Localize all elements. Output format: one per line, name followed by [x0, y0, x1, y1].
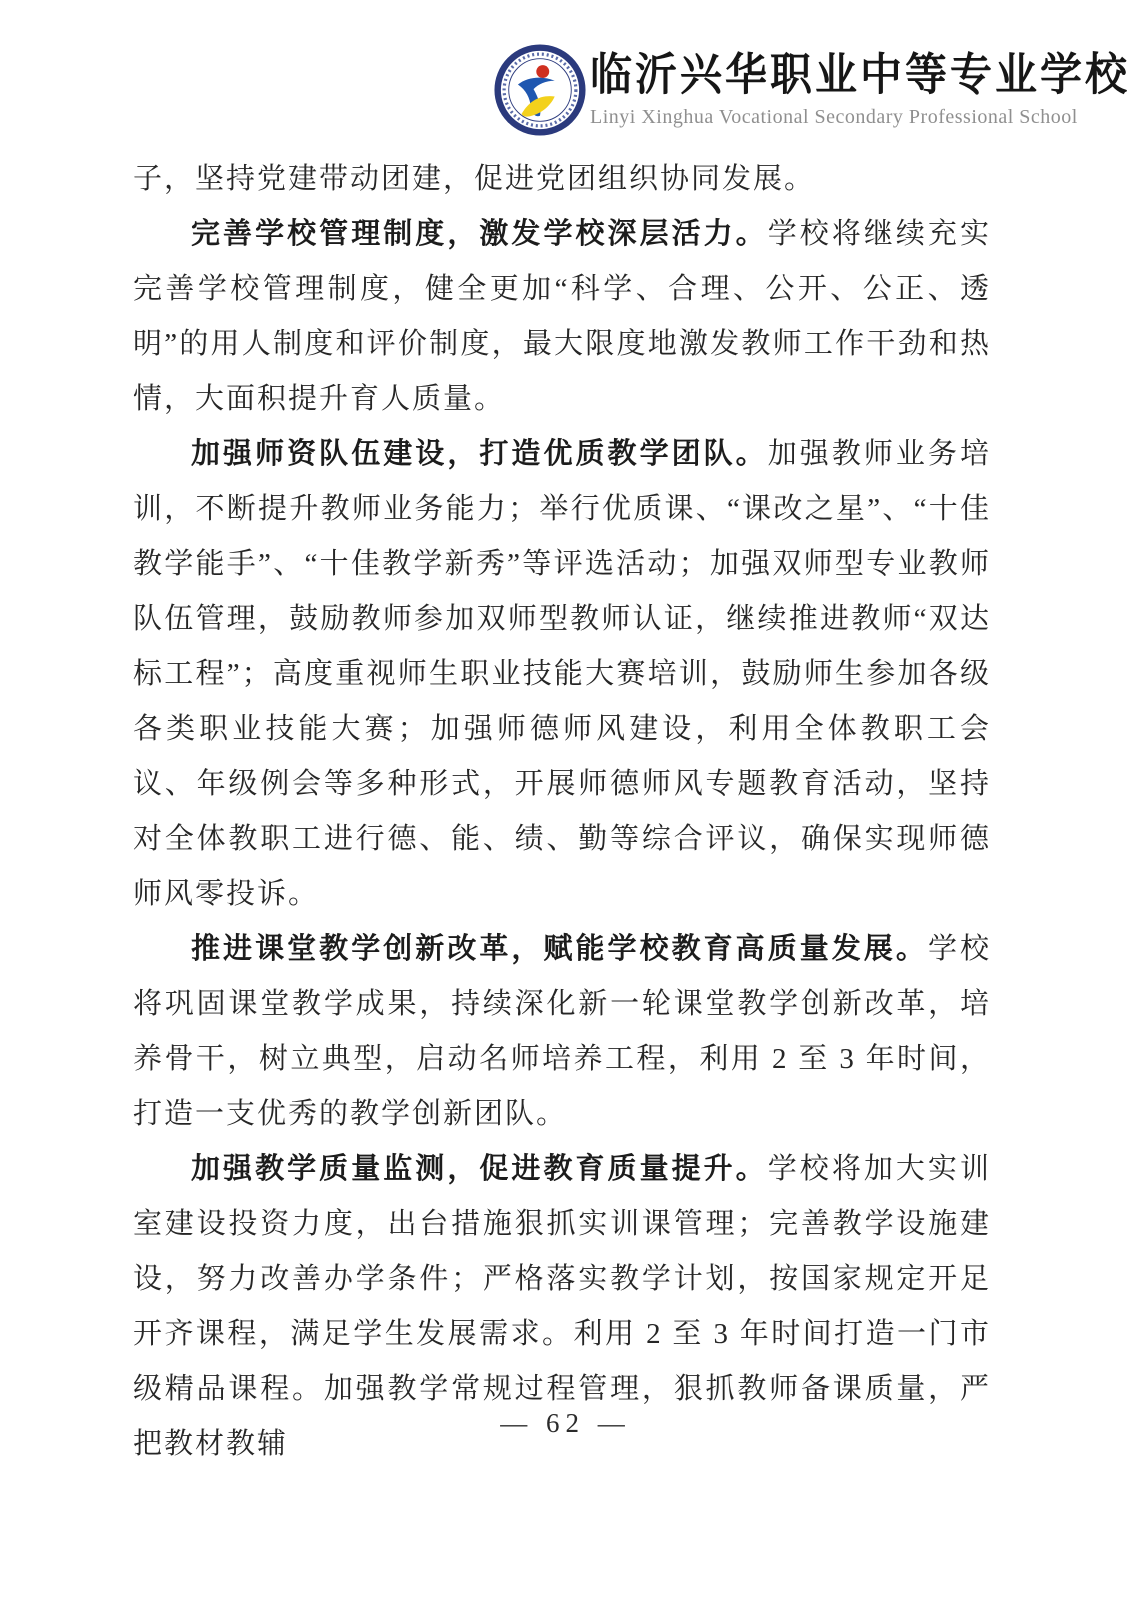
- paragraph-text: 子，坚持党建带动团建，促进党团组织协同发展。: [133, 163, 815, 195]
- paragraph-lead: 加强教学质量监测，促进教育质量提升。: [191, 1153, 768, 1185]
- document-body: 子，坚持党建带动团建，促进党团组织协同发展。 完善学校管理制度，激发学校深层活力…: [133, 152, 991, 1472]
- paragraph-school-management: 完善学校管理制度，激发学校深层活力。学校将继续充实完善学校管理制度，健全更加“科…: [133, 207, 991, 427]
- paragraph-classroom-reform: 推进课堂教学创新改革，赋能学校教育高质量发展。学校将巩固课堂教学成果，持续深化新…: [133, 922, 991, 1142]
- page-number: — 62 —: [0, 1408, 1131, 1439]
- paragraph-lead: 推进课堂教学创新改革，赋能学校教育高质量发展。: [191, 933, 928, 965]
- document-page: 临沂兴华职业中等专业学校 Linyi Xinghua Vocational Se…: [0, 0, 1131, 1600]
- letterhead-titles: 临沂兴华职业中等专业学校 Linyi Xinghua Vocational Se…: [590, 44, 1050, 129]
- paragraph-lead: 完善学校管理制度，激发学校深层活力。: [191, 218, 768, 250]
- paragraph-lead: 加强师资队伍建设，打造优质教学团队。: [191, 438, 768, 470]
- school-name-chinese: 临沂兴华职业中等专业学校: [590, 47, 1050, 106]
- paragraph-continuation: 子，坚持党建带动团建，促进党团组织协同发展。: [133, 152, 991, 207]
- school-emblem-icon: [494, 44, 586, 136]
- school-name-english: Linyi Xinghua Vocational Secondary Profe…: [590, 106, 1050, 129]
- paragraph-text: 加强教师业务培训，不断提升教师业务能力；举行优质课、“课改之星”、“十佳教学能手…: [133, 438, 991, 910]
- paragraph-teacher-team: 加强师资队伍建设，打造优质教学团队。加强教师业务培训，不断提升教师业务能力；举行…: [133, 427, 991, 922]
- letterhead: 临沂兴华职业中等专业学校 Linyi Xinghua Vocational Se…: [494, 44, 1050, 136]
